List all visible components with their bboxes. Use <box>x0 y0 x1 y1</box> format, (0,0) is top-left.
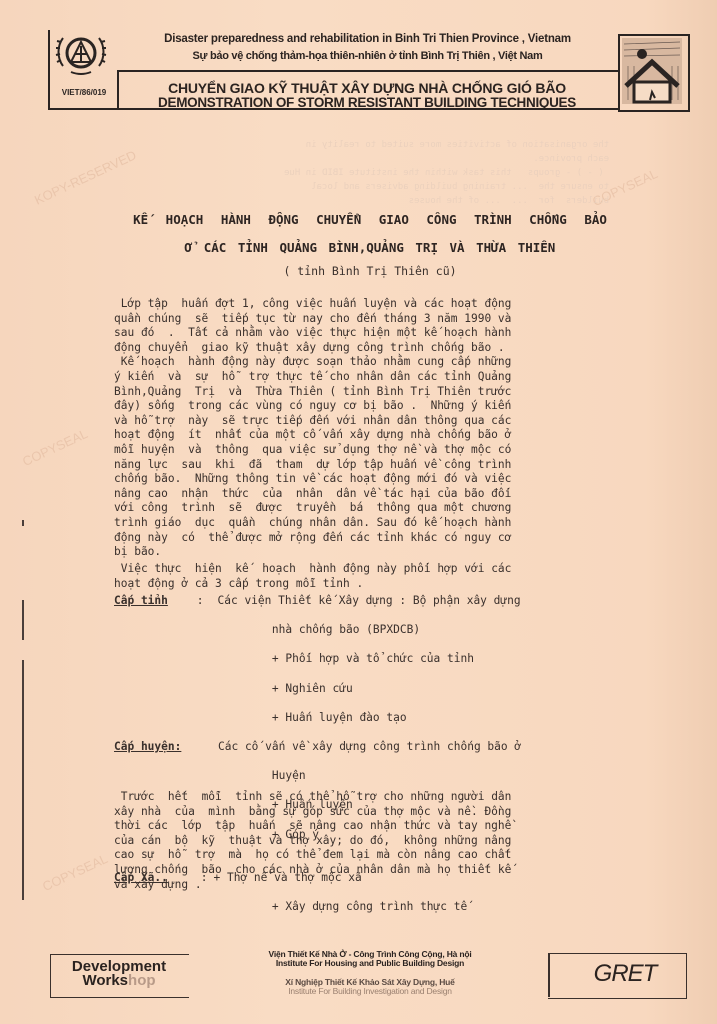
paragraph-levels-intro: Việc thực hiện kế hoạch hành động này ph… <box>114 562 654 591</box>
development-workshop-logo-line2: Workshop <box>50 974 188 988</box>
level-label: Cấp tỉnh <box>114 594 218 740</box>
margin-mark <box>22 600 24 640</box>
header-divider <box>118 70 618 72</box>
bleed-through-text: the organisation of activities more suit… <box>120 138 620 208</box>
document-title: KẾ HOẠCH HÀNH ĐỘNG CHUYỂN GIAO CÔNG TRÌN… <box>90 212 650 227</box>
level-content: :Các viện Thiết kế Xây dựng : Bộ phận xâ… <box>218 594 654 740</box>
project-code: VIET/86/019 <box>50 88 118 97</box>
institute-hue-en: Institute For Building Investigation and… <box>240 987 500 997</box>
document-subtitle: ( tỉnh Bình Trị Thiên cũ) <box>90 264 650 278</box>
watermark: COPYSEAL <box>20 426 90 469</box>
margin-mark <box>22 660 24 900</box>
document-page: KOPY-RESERVED COPYSEAL COPYSEAL COPYSEAL… <box>0 0 717 1024</box>
un-emblem-icon <box>55 32 107 78</box>
paragraph-conclusion: Trước hết mỗi tỉnh sẽ có thể hỗ trợ cho … <box>114 790 654 892</box>
document-title-line2: Ở CÁC TỈNH QUẢNG BÌNH,QUẢNG TRỊ VÀ THỪA … <box>90 240 650 255</box>
gret-logo: GRET <box>570 960 680 988</box>
header-title-en: DEMONSTRATION OF STORM RESISTANT BUILDIN… <box>122 95 612 110</box>
house-icon <box>620 36 684 106</box>
header-project-en: Disaster preparedness and rehabilitation… <box>125 33 610 45</box>
paragraph-text: Lớp tập huấn đợt 1, công việc huấn luyện… <box>114 297 654 560</box>
header-divider <box>117 70 119 110</box>
header-title-vi: CHUYỂN GIAO KỸ THUẬT XÂY DỰNG NHÀ CHỐNG … <box>122 80 612 96</box>
institute-hanoi-en: Institute For Housing and Public Buildin… <box>240 959 500 969</box>
paragraph-intro: Lớp tập huấn đợt 1, công việc huấn luyện… <box>114 297 654 560</box>
paragraph-text: Trước hết mỗi tỉnh sẽ có thể hỗ trợ cho … <box>114 790 654 892</box>
margin-mark <box>22 520 24 526</box>
watermark: COPYSEAL <box>40 851 110 894</box>
level-item: Cấp tỉnh :Các viện Thiết kế Xây dựng : B… <box>114 594 654 740</box>
paragraph-text: Việc thực hiện kế hoạch hành động này ph… <box>114 562 654 591</box>
header-project-vi: Sự bảo vệ chống thảm-họa thiên-nhiên ở t… <box>125 50 610 62</box>
gret-logo-frame-edge <box>548 953 550 997</box>
